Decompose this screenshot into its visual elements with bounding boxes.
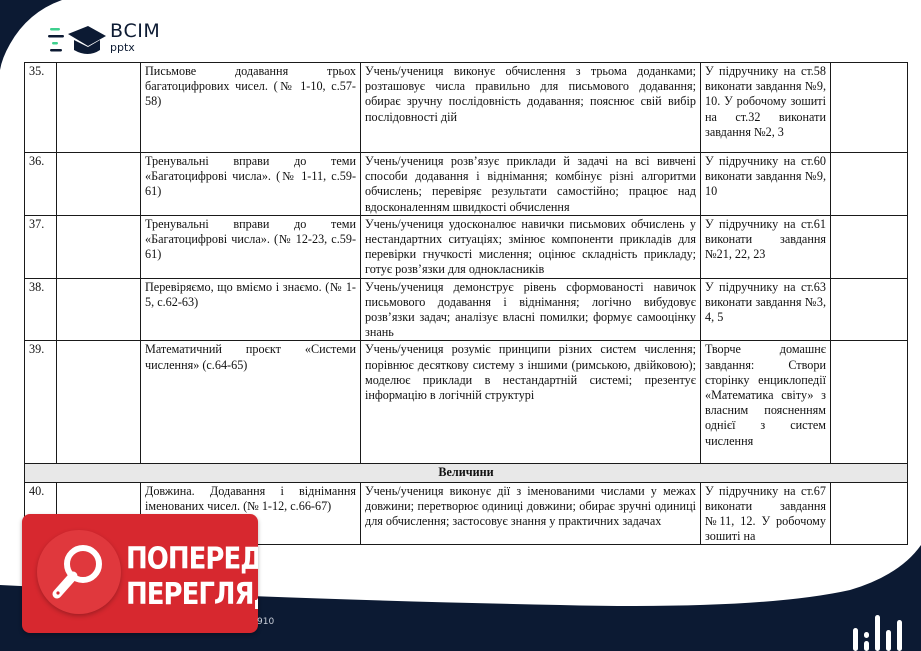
notes-cell xyxy=(831,215,908,278)
lesson-topic-cell: Математичний проєкт «Системи числення» (… xyxy=(141,341,361,464)
homework-cell: У підручнику на ст.58 виконати завдання … xyxy=(701,63,831,153)
brand-name: ВСІМ xyxy=(110,22,160,41)
brand-sub: pptx xyxy=(110,42,160,53)
homework-cell: У підручнику на ст.60 виконати завдання … xyxy=(701,153,831,216)
lesson-topic-cell: Перевіряємо, що вміємо і знаємо. (№ 1-5,… xyxy=(141,278,361,341)
brand-logo: ВСІМ pptx xyxy=(48,22,160,56)
preview-badge[interactable]: ПОПЕРЕДНІЙ ПЕРЕГЛЯД xyxy=(22,514,258,633)
lesson-number-cell: 37. xyxy=(25,215,57,278)
learning-outcomes-cell: Учень/учениця розуміє принципи різних си… xyxy=(361,341,701,464)
section-row: Величини xyxy=(25,464,908,482)
magnifier-icon xyxy=(37,530,121,614)
notes-cell xyxy=(831,153,908,216)
lesson-date-cell xyxy=(57,215,141,278)
table-row: 37.Тренувальні вправи до теми «Багатоциф… xyxy=(25,215,908,278)
learning-outcomes-cell: Учень/учениця удосконалює навички письмо… xyxy=(361,215,701,278)
table-row: 35.Письмове додавання трьох багатоцифров… xyxy=(25,63,908,153)
learning-outcomes-cell: Учень/учениця виконує обчислення з трьом… xyxy=(361,63,701,153)
lesson-date-cell xyxy=(57,153,141,216)
homework-cell: У підручнику на ст.67 виконати завдання … xyxy=(701,482,831,545)
lesson-plan-table: 35.Письмове додавання трьох багатоцифров… xyxy=(24,62,908,545)
section-title: Величини xyxy=(25,464,908,482)
homework-cell: У підручнику на ст.63 виконати завдання … xyxy=(701,278,831,341)
homework-cell: У підручнику на ст.61 виконати завдання … xyxy=(701,215,831,278)
lesson-topic-cell: Тренувальні вправи до теми «Багатоцифров… xyxy=(141,153,361,216)
preview-line-1: ПОПЕРЕДНІЙ xyxy=(126,542,258,578)
lesson-date-cell xyxy=(57,278,141,341)
table-row: 39.Математичний проєкт «Системи числення… xyxy=(25,341,908,464)
page-code: 910 xyxy=(257,617,274,627)
notes-cell xyxy=(831,278,908,341)
learning-outcomes-cell: Учень/учениця розв’язує приклади й задач… xyxy=(361,153,701,216)
magnifier-icon-bg xyxy=(37,530,121,614)
lesson-topic-cell: Тренувальні вправи до теми «Багатоцифров… xyxy=(141,215,361,278)
lesson-number-cell: 39. xyxy=(25,341,57,464)
learning-outcomes-cell: Учень/учениця демонструє рівень сформова… xyxy=(361,278,701,341)
graduation-cap-icon xyxy=(48,22,106,56)
table-row: 38.Перевіряємо, що вміємо і знаємо. (№ 1… xyxy=(25,278,908,341)
lesson-number-cell: 38. xyxy=(25,278,57,341)
table-row: 36.Тренувальні вправи до теми «Багатоциф… xyxy=(25,153,908,216)
lesson-topic-cell: Письмове додавання трьох багатоцифрових … xyxy=(141,63,361,153)
learning-outcomes-cell: Учень/учениця виконує дії з іменованими … xyxy=(361,482,701,545)
notes-cell xyxy=(831,482,908,545)
lesson-number-cell: 36. xyxy=(25,153,57,216)
lesson-number-cell: 35. xyxy=(25,63,57,153)
preview-line-2: ПЕРЕГЛЯД xyxy=(126,578,258,614)
notes-cell xyxy=(831,341,908,464)
lesson-date-cell xyxy=(57,63,141,153)
lesson-date-cell xyxy=(57,341,141,464)
homework-cell: Творче домашнє завдання: Створи сторінку… xyxy=(701,341,831,464)
notes-cell xyxy=(831,63,908,153)
